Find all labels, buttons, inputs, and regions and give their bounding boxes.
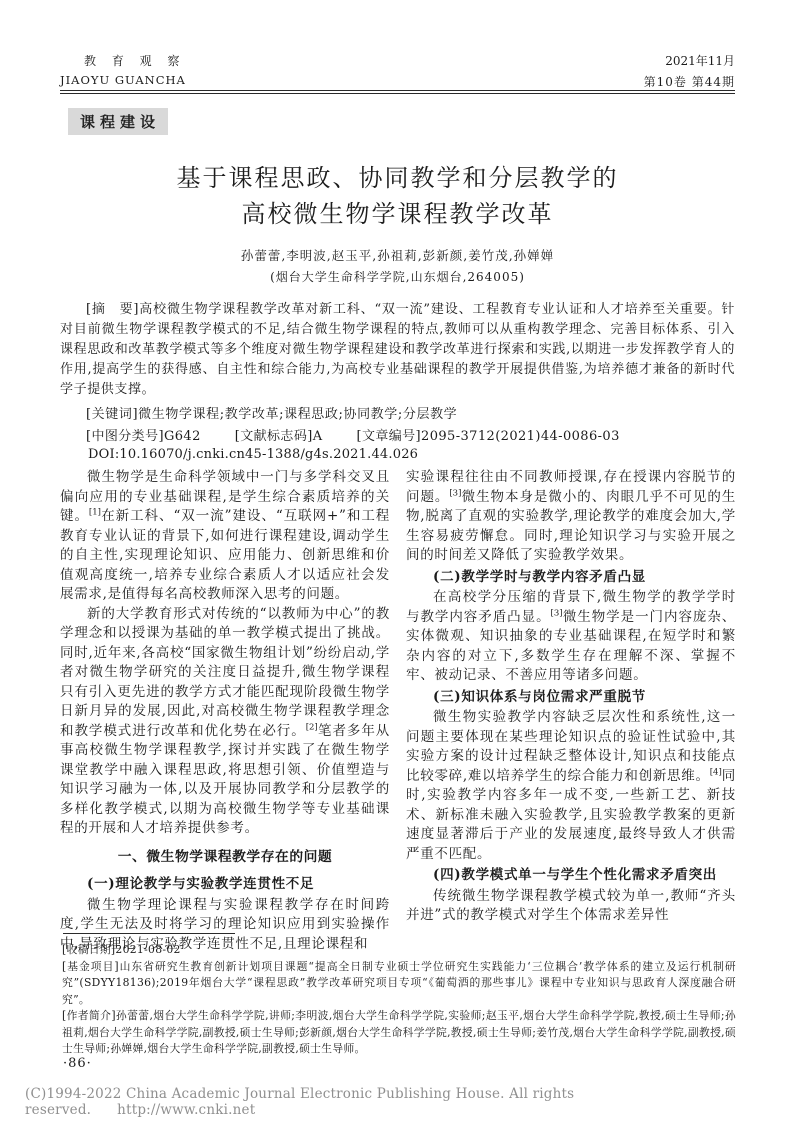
paragraph: 微生物实验教学内容缺乏层次性和系统性,这一问题主要体现在某些理论知识点的验证性试… [406,708,736,864]
subsection-heading-4: (四)教学模式单一与学生个性化需求矛盾突出 [406,866,736,886]
paragraph: 新的大学教育形式对传统的“以教师为中心”的教学理念和以授课为基础的单一教学模式提… [60,605,390,839]
journal-header: 教 育 观 察 JIAOYU GUANCHA 2021年11月 第10卷 第44… [60,52,735,90]
subsection-heading-1: (一)理论教学与实验教学连贯性不足 [60,875,390,895]
footnotes-block: [收稿日期]2021-08-02 [基金项目]山东省研究生教育创新计划项目课题“… [62,942,736,1058]
section-badge: 课程建设 [68,108,168,135]
paper-page: 教 育 观 察 JIAOYU GUANCHA 2021年11月 第10卷 第44… [0,0,794,1123]
abstract-paragraph: [摘 要]高校微生物学课程教学改革对新工科、“双一流”建设、工程教育专业认证和人… [60,300,735,400]
section-heading-1: 一、微生物学课程教学存在的问题 [60,848,390,868]
article-title: 基于课程思政、协同教学和分层教学的 高校微生物学课程教学改革 [60,160,735,232]
footnote-divider-rule [63,933,235,934]
clc-number: [中图分类号]G642 [86,429,201,444]
document-code: [文献标志码]A [235,429,323,444]
paragraph: 在高校学分压缩的背景下,微生物学的教学学时与教学内容矛盾凸显。[3]微生物学是一… [406,588,736,686]
issue-info-block: 2021年11月 第10卷 第44期 [644,52,735,90]
issue-date: 2021年11月 [644,52,735,69]
footnote-received-date: [收稿日期]2021-08-02 [62,942,736,959]
paragraph-text: 微生物实验教学内容缺乏层次性和系统性,这一问题主要体现在某些理论知识点的验证性试… [406,709,736,784]
subsection-heading-3: (三)知识体系与岗位需求严重脱节 [406,688,736,708]
subsection-heading-2: (二)教学学时与教学内容矛盾凸显 [406,568,736,588]
authors-line: 孙蕾蕾,李明波,赵玉平,孙祖莉,彭新颜,姜竹茂,孙婵婵 [60,246,735,264]
column-left: 微生物学是生命科学领域中一门与多学科交叉且偏向应用的专业基础课程,是学生综合素质… [60,468,390,954]
copyright-line: (C)1994-2022 China Academic Journal Elec… [25,1086,794,1118]
citation-ref: [3] [449,488,461,498]
issue-number: 第10卷 第44期 [644,73,735,90]
header-divider-rule [60,90,735,94]
keywords-line: [关键词]微生物学课程;教学改革;课程思政;协同教学;分层教学 [60,403,735,422]
doi-line: DOI:10.16070/j.cnki.cn45-1388/g4s.2021.4… [88,447,418,462]
page-number: ·86· [63,1056,92,1071]
paragraph-text: 笔者多年从事高校微生物学课程教学,探讨并实践了在微生物学课堂教学中融入课程思政,… [60,723,390,837]
article-number: [文章编号]2095-3712(2021)44-0086-03 [356,429,619,444]
body-columns: 微生物学是生命科学领域中一门与多学科交叉且偏向应用的专业基础课程,是学生综合素质… [60,468,736,954]
citation-ref: [1] [89,508,101,518]
paragraph-text: 在新工科、“双一流”建设、“互联网+”和工程教育专业认证的背景下,如何进行课程建… [60,508,390,602]
citation-ref: [2] [306,722,318,732]
journal-name-en: JIAOYU GUANCHA [60,73,186,87]
citation-ref: [4] [710,767,722,777]
paragraph-text: 微生物本身是微小的、肉眼几乎不可见的生物,脱离了直观的实验教学,理论教学的难度会… [406,489,736,564]
classification-line: [中图分类号]G642[文献标志码]A[文章编号]2095-3712(2021)… [60,425,735,444]
paragraph-text: 新的大学教育形式对传统的“以教师为中心”的教学理念和以授课为基础的单一教学模式提… [60,606,390,739]
paragraph: 微生物学是生命科学领域中一门与多学科交叉且偏向应用的专业基础课程,是学生综合素质… [60,468,390,605]
article-title-line2: 高校微生物学课程教学改革 [60,196,735,232]
affiliation-line: (烟台大学生命科学学院,山东烟台,264005) [60,268,735,285]
paragraph: 实验课程往往由不同教师授课,存在授课内容脱节的问题。[3]微生物本身是微小的、肉… [406,468,736,566]
column-right: 实验课程往往由不同教师授课,存在授课内容脱节的问题。[3]微生物本身是微小的、肉… [406,468,736,954]
copyright-text: (C)1994-2022 China Academic Journal Elec… [25,1086,574,1118]
journal-name-cn: 教 育 观 察 [84,52,186,69]
footnote-fund-project: [基金项目]山东省研究生教育创新计划项目课题“提高全日制专业硕士学位研究生实践能… [62,959,736,1009]
article-title-line1: 基于课程思政、协同教学和分层教学的 [60,160,735,196]
paragraph: 传统微生物学课程教学模式较为单一,教师“齐头并进”式的教学模式对学生个体需求差异… [406,887,736,926]
citation-ref: [3] [551,608,563,618]
journal-name-block: 教 育 观 察 JIAOYU GUANCHA [60,52,186,87]
footnote-author-bios: [作者简介]孙蕾蕾,烟台大学生命科学学院,讲师;李明波,烟台大学生命科学学院,实… [62,1008,736,1058]
cnki-url: http://www.cnki.net [117,1102,255,1118]
